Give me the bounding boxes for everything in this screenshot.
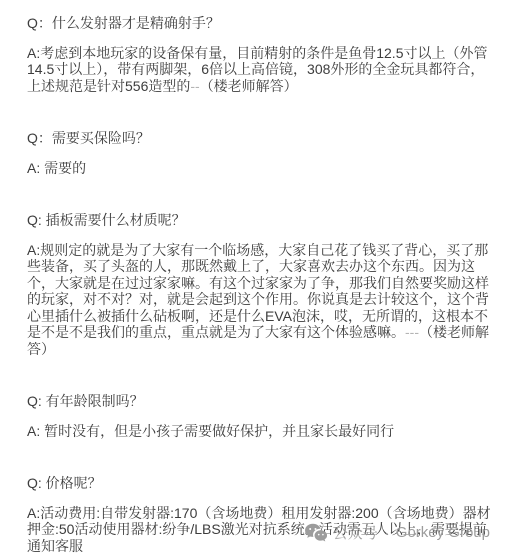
qa-content: Q：什么发射器才是精确射手？ A:考虑到本地玩家的设备保有量，目前精射的条件是鱼… xyxy=(0,0,491,554)
question-text: Q：需要买保险吗？ xyxy=(27,130,491,147)
question-text: Q：什么发射器才是精确射手？ xyxy=(27,15,491,32)
question-text: Q: 插板需要什么材质呢？ xyxy=(27,212,491,229)
article-page: { "page": { "background_color": "#ffffff… xyxy=(0,0,515,555)
answer-attribution: （楼老师解答） xyxy=(200,78,298,94)
answer-text: A:考虑到本地玩家的设备保有量，目前精射的条件是鱼骨12.5寸以上（外管14.5… xyxy=(27,45,491,95)
question-text: Q: 有年龄限制吗？ xyxy=(27,393,491,410)
question-text: Q: 价格呢？ xyxy=(27,475,491,492)
dash-separator: -- xyxy=(190,78,199,94)
answer-text: A: 需要的 xyxy=(27,160,491,177)
answer-text: A:规则定的就是为了大家有一个临场感，大家自己花了钱买了背心，买了那些装备，买了… xyxy=(27,242,491,358)
answer-main: A: 暂时没有，但是小孩子需要做好保护，并且家长最好同行 xyxy=(27,423,394,439)
footer-label: 公众号 xyxy=(333,522,378,543)
qa-block-launcher-requirements: Q：什么发射器才是精确射手？ A:考虑到本地玩家的设备保有量，目前精射的条件是鱼… xyxy=(27,15,491,94)
qa-block-age-limit: Q: 有年龄限制吗？ A: 暂时没有，但是小孩子需要做好保护，并且家长最好同行 xyxy=(27,393,491,439)
answer-text: A: 暂时没有，但是小孩子需要做好保护，并且家长最好同行 xyxy=(27,423,491,440)
wechat-watermark: 公众号 · Gorkey Group xyxy=(304,522,490,543)
wechat-logo-icon xyxy=(304,523,333,542)
answer-main: A: 需要的 xyxy=(27,160,86,176)
footer-separator: · xyxy=(385,526,389,540)
qa-block-insurance: Q：需要买保险吗？ A: 需要的 xyxy=(27,130,491,176)
qa-block-plate-material: Q: 插板需要什么材质呢？ A:规则定的就是为了大家有一个临场感，大家自己花了钱… xyxy=(27,212,491,357)
footer-account-name: Gorkey Group xyxy=(396,524,490,541)
dash-separator: --- xyxy=(405,324,419,340)
